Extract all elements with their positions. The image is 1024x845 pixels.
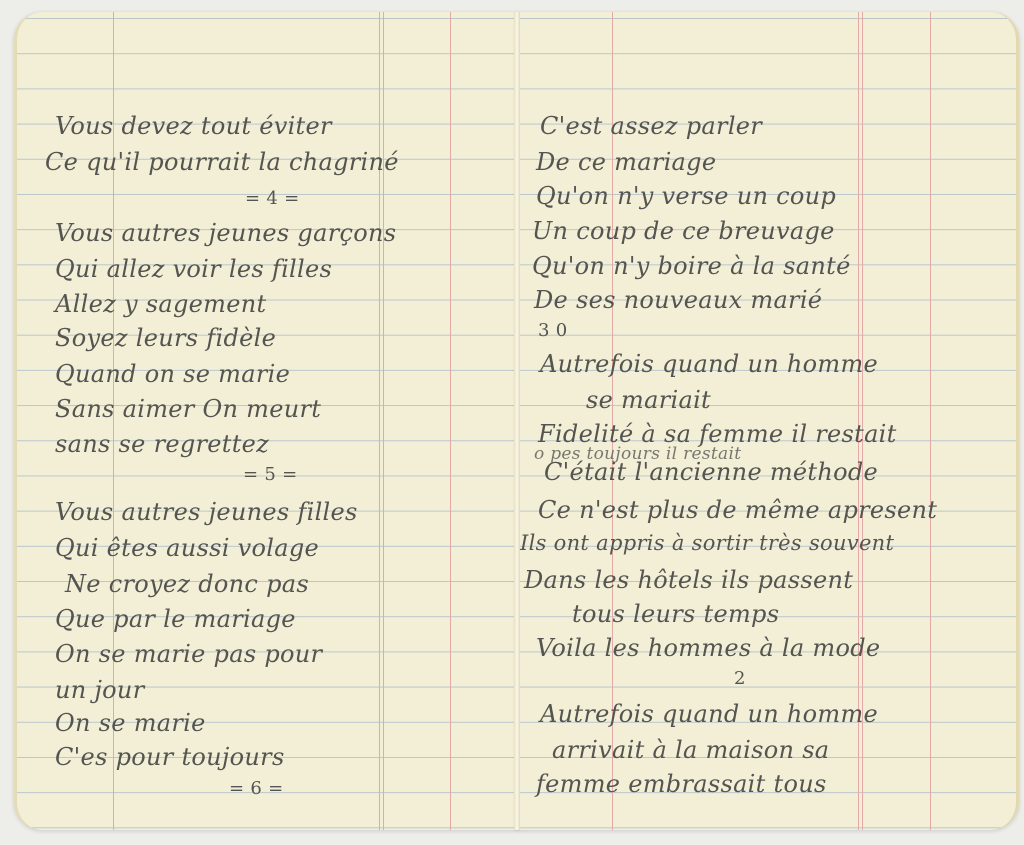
handwritten-line: C'était l'ancienne méthode (544, 458, 878, 486)
handwritten-line: Ce n'est plus de même apresent (538, 496, 937, 524)
handwritten-line: Sans aimer On meurt (55, 395, 321, 423)
handwritten-line: Ne croyez donc pas (65, 570, 309, 598)
handwritten-line: C'es pour toujours (55, 743, 285, 771)
handwritten-line: C'est assez parler (540, 112, 762, 140)
stanza-number: = 4 = (245, 188, 300, 209)
left-page: Vous devez tout éviter Ce qu'il pourrait… (14, 12, 519, 830)
right-page: C'est assez parler De ce mariage Qu'on n… (516, 12, 1019, 830)
notebook-spine (514, 12, 520, 830)
handwritten-line: Vous devez tout éviter (55, 112, 332, 140)
handwritten-line: Qu'on n'y verse un coup (536, 182, 836, 210)
stanza-number: = 5 = (243, 464, 298, 485)
handwritten-line: tous leurs temps (572, 600, 779, 628)
handwritten-line: Qui êtes aussi volage (55, 534, 319, 562)
handwritten-line: Ce qu'il pourrait la chagriné (45, 148, 399, 176)
handwritten-line: un jour (55, 676, 144, 704)
handwritten-line: Qui allez voir les filles (55, 255, 332, 283)
handwritten-line: Autrefois quand un homme (540, 350, 878, 378)
handwritten-line: De ses nouveaux marié (534, 286, 822, 314)
handwritten-line: Quand on se marie (55, 360, 290, 388)
handwritten-line: On se marie (55, 709, 206, 737)
open-notebook: Vous devez tout éviter Ce qu'il pourrait… (14, 12, 1018, 832)
handwritten-line: On se marie pas pour (55, 640, 322, 668)
stanza-number: 3 0 (538, 320, 568, 341)
handwritten-line: sans se regrettez (55, 430, 269, 458)
right-page-text: C'est assez parler De ce mariage Qu'on n… (516, 12, 1016, 830)
handwritten-line: arrivait à la maison sa (552, 736, 829, 764)
stanza-number: 2 (734, 668, 746, 689)
handwritten-line: se mariait (586, 386, 711, 414)
handwritten-line: De ce mariage (536, 148, 716, 176)
handwritten-line: Qu'on n'y boire à la santé (532, 252, 851, 280)
stanza-number: = 6 = (229, 778, 284, 799)
handwritten-line: Dans les hôtels ils passent (524, 566, 853, 594)
handwritten-line: femme embrassait tous (536, 770, 827, 798)
handwritten-line: Ils ont appris à sortir très souvent (520, 531, 894, 555)
handwritten-line: Voila les hommes à la mode (536, 634, 880, 662)
handwritten-line: Soyez leurs fidèle (55, 324, 276, 352)
handwritten-line: Autrefois quand un homme (540, 700, 878, 728)
handwritten-line: Vous autres jeunes filles (55, 498, 358, 526)
handwritten-line: Allez y sagement (55, 290, 266, 318)
handwritten-line: Que par le mariage (55, 605, 296, 633)
left-page-text: Vous devez tout éviter Ce qu'il pourrait… (17, 12, 519, 830)
handwritten-line: Un coup de ce breuvage (532, 217, 835, 245)
handwritten-line: Vous autres jeunes garçons (55, 219, 396, 247)
